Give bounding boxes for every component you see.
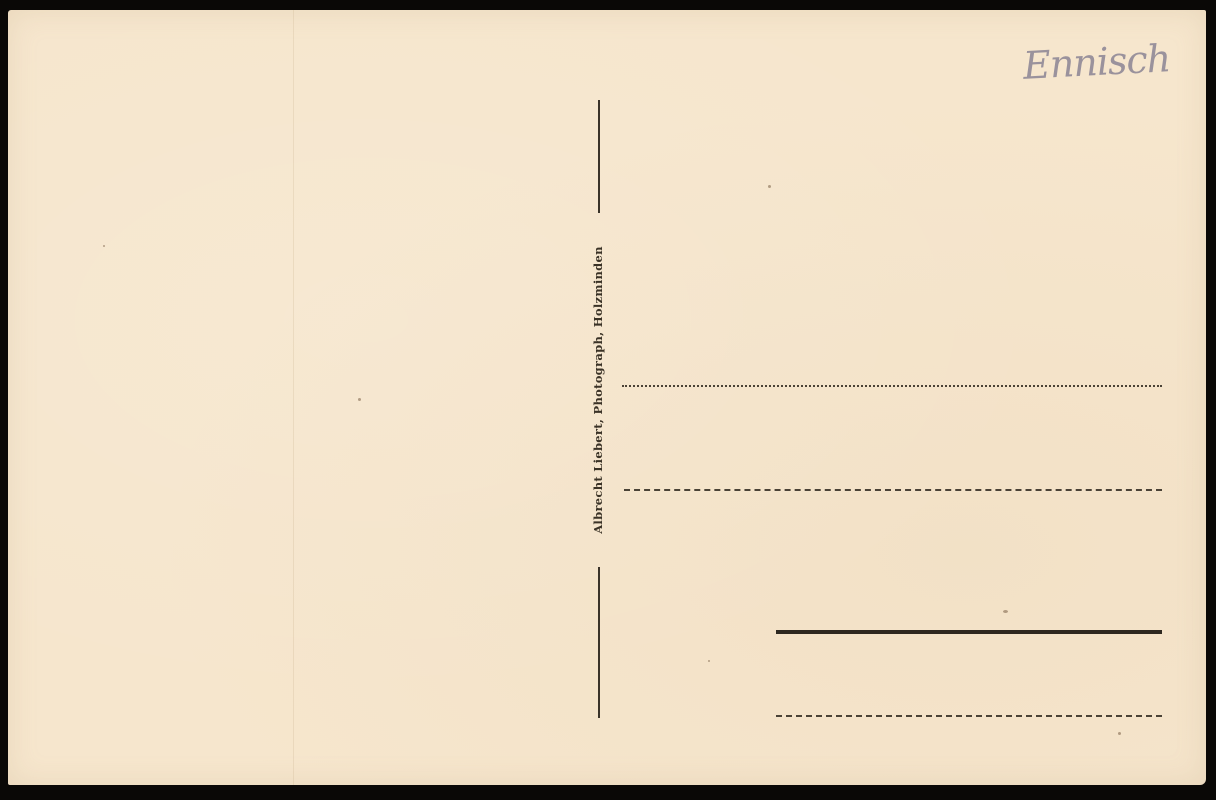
center-divider-top [598,100,600,213]
address-line-1 [622,385,1162,387]
address-line-3 [776,630,1162,634]
paper-speck [103,245,105,247]
paper-speck [768,185,771,188]
paper-speck [1003,610,1008,613]
paper-speck [358,398,361,401]
handwritten-note: Ennisch [1022,36,1171,88]
address-line-2 [624,489,1162,491]
paper-speck [1118,732,1121,735]
publisher-imprint: Albrecht Liebert, Photograph, Holzminden [591,246,605,534]
postcard-back: Ennisch Albrecht Liebert, Photograph, Ho… [8,10,1206,785]
center-divider-bottom [598,567,600,718]
paper-speck [708,660,710,662]
paper-crease [293,10,294,785]
address-line-4 [776,715,1162,717]
